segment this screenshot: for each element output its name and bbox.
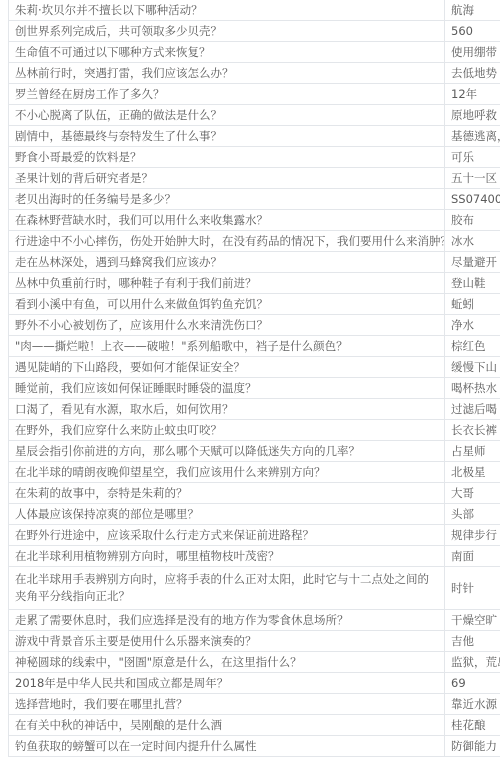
answer-cell: 规律步行 [445, 525, 500, 546]
answer-cell: SS074002 [445, 189, 500, 210]
question-cell: 选择营地时，我们要在哪里扎营？ [9, 694, 445, 715]
answer-cell: 棕红色 [445, 336, 500, 357]
answer-cell: 监狱，荒岛 [445, 652, 500, 673]
question-cell: 钓鱼获取的螃蟹可以在一定时间内提升什么属性 [9, 736, 445, 757]
table-row: 在有关中秋的神话中，吴刚酿的是什么酒桂花酿 [9, 715, 500, 736]
answer-cell: 防御能力 [445, 736, 500, 757]
table-row: 口渴了，看见有水源，取水后，如何饮用？过滤后喝 [9, 399, 500, 420]
table-row: 行进途中不小心摔伤，伤处开始肿大时，在没有药品的情况下，我们要用什么来消肿？冰水 [9, 231, 500, 252]
question-cell: 在朱莉的故事中，奈特是朱莉的？ [9, 483, 445, 504]
answer-cell: 登山鞋 [445, 273, 500, 294]
answer-cell: 基德逃离， [445, 126, 500, 147]
table-row: 在朱莉的故事中，奈特是朱莉的？大哥 [9, 483, 500, 504]
answer-cell: 占星师 [445, 441, 500, 462]
answer-cell: 靠近水源 [445, 694, 500, 715]
question-cell: 罗兰曾经在厨房工作了多久？ [9, 84, 445, 105]
table-row: 在北半球用手表辨别方向时，应将手表的什么正对太阳，此时它与十二点处之间的夹角平分… [9, 567, 500, 610]
question-cell: 丛林中负重前行时，哪种鞋子有利于我们前进？ [9, 273, 445, 294]
table-row: 神秘圆球的线索中，"囹圄"原意是什么，在这里指什么？监狱，荒岛 [9, 652, 500, 673]
answer-cell: 北极星 [445, 462, 500, 483]
question-cell: 神秘圆球的线索中，"囹圄"原意是什么，在这里指什么？ [9, 652, 445, 673]
table-row: 钓鱼获取的螃蟹可以在一定时间内提升什么属性防御能力 [9, 736, 500, 757]
answer-cell: 大哥 [445, 483, 500, 504]
table-row: 睡觉前，我们应该如何保证睡眠时睡袋的温度？喝杯热水 [9, 378, 500, 399]
table-row: 丛林前行时，突遇打雷，我们应该怎么办？去低地势 [9, 63, 500, 84]
question-cell: 2018年是中华人民共和国成立都是周年？ [9, 673, 445, 694]
question-cell: 老贝出海时的任务编号是多少？ [9, 189, 445, 210]
table-row: 圣果计划的背后研究者是？五十一区 [9, 168, 500, 189]
answer-cell: 胶布 [445, 210, 500, 231]
answer-cell: 使用绷带 [445, 42, 500, 63]
question-cell: 野外不小心被划伤了，应该用什么水来清洗伤口？ [9, 315, 445, 336]
table-row: "肉——撕烂啦！上衣——破啦！"系列船歌中，裆子是什么颜色？棕红色 [9, 336, 500, 357]
answer-cell: 原地呼救 [445, 105, 500, 126]
table-row: 剧情中，基德最终与奈特发生了什么事？基德逃离， [9, 126, 500, 147]
table-row: 在北半球利用植物辨别方向时，哪里植物枝叶茂密？南面 [9, 546, 500, 567]
question-cell: 行进途中不小心摔伤，伤处开始肿大时，在没有药品的情况下，我们要用什么来消肿？ [9, 231, 445, 252]
answer-cell: 去低地势 [445, 63, 500, 84]
question-cell: 在野外，我们应穿什么来防止蚊虫叮咬？ [9, 420, 445, 441]
question-cell: "肉——撕烂啦！上衣——破啦！"系列船歌中，裆子是什么颜色？ [9, 336, 445, 357]
question-cell: 丛林前行时，突遇打雷，我们应该怎么办？ [9, 63, 445, 84]
question-cell: 剧情中，基德最终与奈特发生了什么事？ [9, 126, 445, 147]
question-cell: 口渴了，看见有水源，取水后，如何饮用？ [9, 399, 445, 420]
answer-cell: 喝杯热水 [445, 378, 500, 399]
question-cell: 不小心脱离了队伍，正确的做法是什么？ [9, 105, 445, 126]
answer-cell: 蚯蚓 [445, 294, 500, 315]
table-row: 老贝出海时的任务编号是多少？SS074002 [9, 189, 500, 210]
answer-cell: 69 [445, 673, 500, 694]
table-row: 星辰会指引你前进的方向，那么哪个天赋可以降低迷失方向的几率？占星师 [9, 441, 500, 462]
question-cell: 在森林野营缺水时，我们可以用什么来收集露水？ [9, 210, 445, 231]
answer-cell: 净水 [445, 315, 500, 336]
table-row: 2018年是中华人民共和国成立都是周年？69 [9, 673, 500, 694]
question-cell: 生命值不可通过以下哪种方式来恢复？ [9, 42, 445, 63]
table-row: 看到小溪中有鱼，可以用什么来做鱼饵钓鱼充饥？蚯蚓 [9, 294, 500, 315]
table-row: 生命值不可通过以下哪种方式来恢复？使用绷带 [9, 42, 500, 63]
question-cell: 星辰会指引你前进的方向，那么哪个天赋可以降低迷失方向的几率？ [9, 441, 445, 462]
question-cell: 走在丛林深处，遇到马蜂窝我们应该办？ [9, 252, 445, 273]
table-row: 在森林野营缺水时，我们可以用什么来收集露水？胶布 [9, 210, 500, 231]
answer-cell: 尽量避开 [445, 252, 500, 273]
question-cell: 创世界系列完成后，共可领取多少贝壳？ [9, 21, 445, 42]
answer-cell: 长衣长裤 [445, 420, 500, 441]
answer-cell: 南面 [445, 546, 500, 567]
answer-cell: 冰水 [445, 231, 500, 252]
table-row: 在北半球的晴朗夜晚仰望星空，我们应该用什么来辨别方向？北极星 [9, 462, 500, 483]
table-row: 在野外行进途中，应该采取什么行走方式来保证前进路程？规律步行 [9, 525, 500, 546]
question-cell: 人体最应该保持凉爽的部位是哪里？ [9, 504, 445, 525]
table-row: 游戏中背景音乐主要是使用什么乐器来演奏的？吉他 [9, 631, 500, 652]
answer-cell: 桂花酿 [445, 715, 500, 736]
table-row: 野食小哥最爱的饮料是？可乐 [9, 147, 500, 168]
answer-cell: 可乐 [445, 147, 500, 168]
answer-cell: 过滤后喝 [445, 399, 500, 420]
question-cell: 看到小溪中有鱼，可以用什么来做鱼饵钓鱼充饥？ [9, 294, 445, 315]
answer-cell: 干燥空旷 [445, 610, 500, 631]
question-cell: 野食小哥最爱的饮料是？ [9, 147, 445, 168]
table-row: 创世界系列完成后，共可领取多少贝壳？560 [9, 21, 500, 42]
question-cell: 在北半球利用植物辨别方向时，哪里植物枝叶茂密？ [9, 546, 445, 567]
question-cell: 在有关中秋的神话中，吴刚酿的是什么酒 [9, 715, 445, 736]
question-cell: 遇见陡峭的下山路段，要如何才能保证安全？ [9, 357, 445, 378]
table-row: 野外不小心被划伤了，应该用什么水来清洗伤口？净水 [9, 315, 500, 336]
answer-cell: 缓慢下山 [445, 357, 500, 378]
question-cell: 游戏中背景音乐主要是使用什么乐器来演奏的？ [9, 631, 445, 652]
table-row: 在野外，我们应穿什么来防止蚊虫叮咬？长衣长裤 [9, 420, 500, 441]
question-cell: 朱莉·坎贝尔并不擅长以下哪种活动？ [9, 0, 445, 21]
table-row: 选择营地时，我们要在哪里扎营？靠近水源 [9, 694, 500, 715]
table-row: 走累了需要休息时，我们应选择是没有的地方作为零食休息场所？干燥空旷 [9, 610, 500, 631]
table-row: 人体最应该保持凉爽的部位是哪里？头部 [9, 504, 500, 525]
table-row: 朱莉·坎贝尔并不擅长以下哪种活动？航海 [9, 0, 500, 21]
answer-cell: 航海 [445, 0, 500, 21]
table-row: 遇见陡峭的下山路段，要如何才能保证安全？缓慢下山 [9, 357, 500, 378]
answer-cell: 头部 [445, 504, 500, 525]
answer-cell: 五十一区 [445, 168, 500, 189]
answer-cell: 吉他 [445, 631, 500, 652]
question-cell: 在北半球的晴朗夜晚仰望星空，我们应该用什么来辨别方向？ [9, 462, 445, 483]
question-cell: 走累了需要休息时，我们应选择是没有的地方作为零食休息场所？ [9, 610, 445, 631]
table-row: 罗兰曾经在厨房工作了多久？12年 [9, 84, 500, 105]
table-row: 不小心脱离了队伍，正确的做法是什么？原地呼救 [9, 105, 500, 126]
answer-cell: 12年 [445, 84, 500, 105]
question-cell: 圣果计划的背后研究者是？ [9, 168, 445, 189]
question-cell: 睡觉前，我们应该如何保证睡眠时睡袋的温度？ [9, 378, 445, 399]
qa-table: 朱莉·坎贝尔并不擅长以下哪种活动？航海创世界系列完成后，共可领取多少贝壳？560… [8, 0, 500, 757]
qa-table-body: 朱莉·坎贝尔并不擅长以下哪种活动？航海创世界系列完成后，共可领取多少贝壳？560… [9, 0, 500, 757]
answer-cell: 时针 [445, 567, 500, 610]
question-cell: 在野外行进途中，应该采取什么行走方式来保证前进路程？ [9, 525, 445, 546]
question-cell: 在北半球用手表辨别方向时，应将手表的什么正对太阳，此时它与十二点处之间的夹角平分… [9, 567, 445, 610]
table-row: 走在丛林深处，遇到马蜂窝我们应该办？尽量避开 [9, 252, 500, 273]
answer-cell: 560 [445, 21, 500, 42]
table-row: 丛林中负重前行时，哪种鞋子有利于我们前进？登山鞋 [9, 273, 500, 294]
